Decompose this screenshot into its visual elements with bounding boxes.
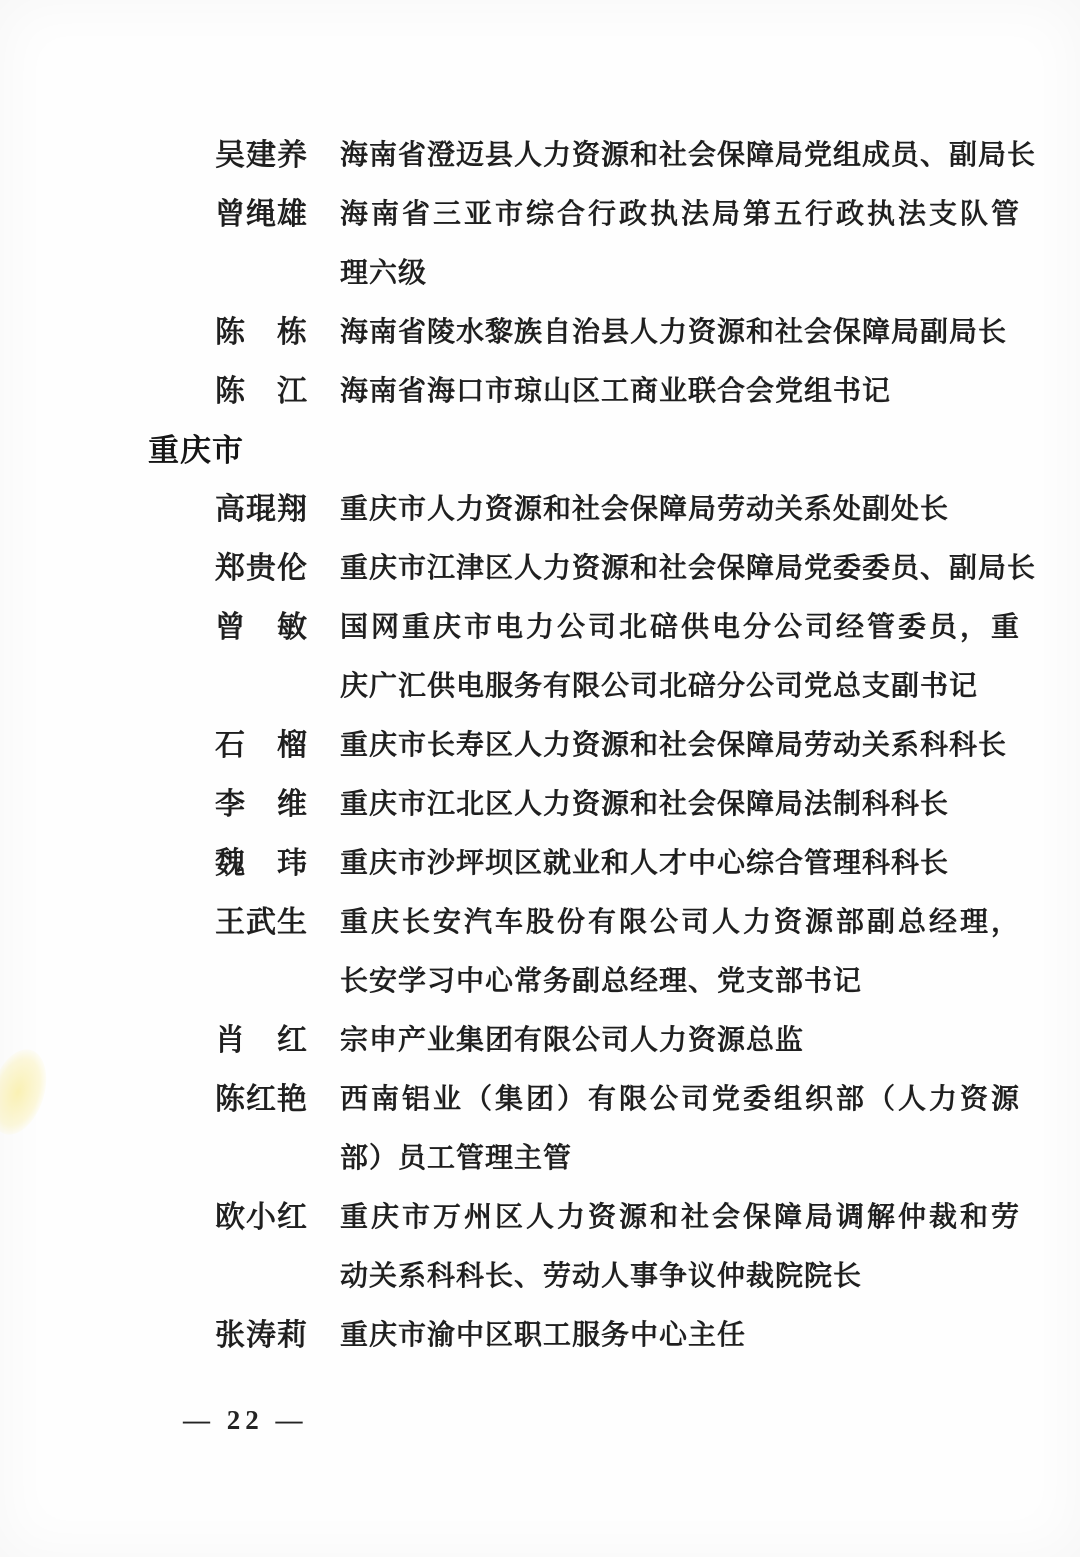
entry-title-line: 部）员工管理主管 [340, 1129, 1022, 1188]
section-header: 重庆市 [0, 421, 1080, 480]
entry-name: 欧小红 [215, 1188, 307, 1247]
entry-title: 海南省海口市琼山区工商业联合会党组书记 [340, 362, 891, 421]
entry-title: 西南铝业（集团）有限公司党委组织部（人力资源部）员工管理主管 [340, 1070, 1022, 1188]
entry-title-line: 重庆市沙坪坝区就业和人才中心综合管理科科长 [340, 834, 949, 893]
entry-title: 国网重庆市电力公司北碚供电分公司经管委员，重庆广汇供电服务有限公司北碚分公司党总… [340, 598, 1022, 716]
entries: 吴建养海南省澄迈县人力资源和社会保障局党组成员、副局长曾绳雄海南省三亚市综合行政… [0, 126, 1080, 1365]
entry-name: 石榴 [215, 716, 307, 775]
entry-title-line: 宗申产业集团有限公司人力资源总监 [340, 1011, 804, 1070]
entry-title: 重庆市渝中区职工服务中心主任 [340, 1306, 746, 1365]
entry-name: 郑贵伦 [215, 539, 307, 598]
entry-title-line: 庆广汇供电服务有限公司北碚分公司党总支副书记 [340, 657, 1022, 716]
entry-name: 曾绳雄 [215, 185, 307, 244]
entry-name: 陈红艳 [215, 1070, 307, 1129]
entry-title: 重庆市长寿区人力资源和社会保障局劳动关系科科长 [340, 716, 1007, 775]
entry-title: 宗申产业集团有限公司人力资源总监 [340, 1011, 804, 1070]
list-item: 郑贵伦重庆市江津区人力资源和社会保障局党委委员、副局长 [0, 539, 1080, 598]
entry-title-line: 海南省陵水黎族自治县人力资源和社会保障局副局长 [340, 303, 1007, 362]
entry-title-line: 理六级 [340, 244, 1022, 303]
list-item: 肖红宗申产业集团有限公司人力资源总监 [0, 1011, 1080, 1070]
entry-name: 高琨翔 [215, 480, 307, 539]
entry-title-line: 重庆市长寿区人力资源和社会保障局劳动关系科科长 [340, 716, 1007, 775]
entry-title-line: 国网重庆市电力公司北碚供电分公司经管委员，重 [340, 598, 1022, 657]
entry-name: 吴建养 [215, 126, 307, 185]
entry-title: 海南省澄迈县人力资源和社会保障局党组成员、副局长 [340, 126, 1036, 185]
list-item: 魏玮重庆市沙坪坝区就业和人才中心综合管理科科长 [0, 834, 1080, 893]
entry-title: 重庆市人力资源和社会保障局劳动关系处副处长 [340, 480, 949, 539]
list-item: 陈栋海南省陵水黎族自治县人力资源和社会保障局副局长 [0, 303, 1080, 362]
entry-title: 海南省三亚市综合行政执法局第五行政执法支队管理六级 [340, 185, 1022, 303]
list-item: 陈红艳西南铝业（集团）有限公司党委组织部（人力资源部）员工管理主管 [0, 1070, 1080, 1188]
entry-name: 曾敏 [215, 598, 307, 657]
document-page: 吴建养海南省澄迈县人力资源和社会保障局党组成员、副局长曾绳雄海南省三亚市综合行政… [0, 0, 1080, 1557]
entry-title-line: 重庆市江津区人力资源和社会保障局党委委员、副局长 [340, 539, 1036, 598]
entry-name: 王武生 [215, 893, 307, 952]
list-item: 曾敏国网重庆市电力公司北碚供电分公司经管委员，重庆广汇供电服务有限公司北碚分公司… [0, 598, 1080, 716]
entry-name: 陈栋 [215, 303, 307, 362]
entry-title-line: 海南省澄迈县人力资源和社会保障局党组成员、副局长 [340, 126, 1036, 185]
list-item: 李维重庆市江北区人力资源和社会保障局法制科科长 [0, 775, 1080, 834]
entry-title-line: 海南省三亚市综合行政执法局第五行政执法支队管 [340, 185, 1022, 244]
entry-title-line: 重庆市渝中区职工服务中心主任 [340, 1306, 746, 1365]
entry-title: 重庆市沙坪坝区就业和人才中心综合管理科科长 [340, 834, 949, 893]
list-item: 曾绳雄海南省三亚市综合行政执法局第五行政执法支队管理六级 [0, 185, 1080, 303]
list-item: 吴建养海南省澄迈县人力资源和社会保障局党组成员、副局长 [0, 126, 1080, 185]
entry-title: 重庆市万州区人力资源和社会保障局调解仲裁和劳动关系科科长、劳动人事争议仲裁院院长 [340, 1188, 1022, 1306]
list-item: 王武生重庆长安汽车股份有限公司人力资源部副总经理，长安学习中心常务副总经理、党支… [0, 893, 1080, 1011]
entry-title-line: 重庆市江北区人力资源和社会保障局法制科科长 [340, 775, 949, 834]
entry-title-line: 重庆市万州区人力资源和社会保障局调解仲裁和劳 [340, 1188, 1022, 1247]
entry-title-line: 长安学习中心常务副总经理、党支部书记 [340, 952, 1022, 1011]
list-item: 陈江海南省海口市琼山区工商业联合会党组书记 [0, 362, 1080, 421]
entry-title: 重庆市江北区人力资源和社会保障局法制科科长 [340, 775, 949, 834]
entry-name: 肖红 [215, 1011, 307, 1070]
list-item: 石榴重庆市长寿区人力资源和社会保障局劳动关系科科长 [0, 716, 1080, 775]
entry-title-line: 重庆市人力资源和社会保障局劳动关系处副处长 [340, 480, 949, 539]
entry-title-line: 海南省海口市琼山区工商业联合会党组书记 [340, 362, 891, 421]
page-number: — 22 — [183, 1405, 308, 1436]
list-item: 欧小红重庆市万州区人力资源和社会保障局调解仲裁和劳动关系科科长、劳动人事争议仲裁… [0, 1188, 1080, 1306]
entry-title-line: 重庆长安汽车股份有限公司人力资源部副总经理， [340, 893, 1022, 952]
entry-title: 重庆市江津区人力资源和社会保障局党委委员、副局长 [340, 539, 1036, 598]
entry-title-line: 西南铝业（集团）有限公司党委组织部（人力资源 [340, 1070, 1022, 1129]
entry-title: 海南省陵水黎族自治县人力资源和社会保障局副局长 [340, 303, 1007, 362]
entry-title: 重庆长安汽车股份有限公司人力资源部副总经理，长安学习中心常务副总经理、党支部书记 [340, 893, 1022, 1011]
entry-name: 李维 [215, 775, 307, 834]
entry-name: 张涛莉 [215, 1306, 307, 1365]
entry-title-line: 动关系科科长、劳动人事争议仲裁院院长 [340, 1247, 1022, 1306]
entry-name: 魏玮 [215, 834, 307, 893]
list-item: 高琨翔重庆市人力资源和社会保障局劳动关系处副处长 [0, 480, 1080, 539]
entry-name: 陈江 [215, 362, 307, 421]
list-item: 张涛莉重庆市渝中区职工服务中心主任 [0, 1306, 1080, 1365]
